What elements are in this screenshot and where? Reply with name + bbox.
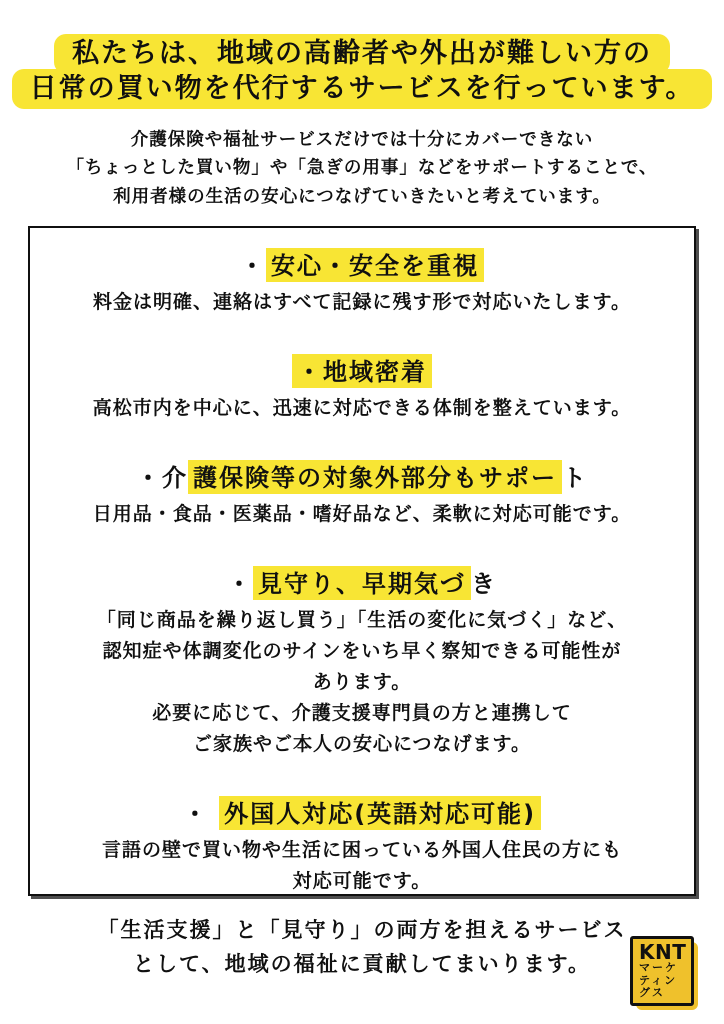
section-body-line: 「同じ商品を繰り返し買う」「生活の変化に気づく」など、 — [38, 605, 686, 636]
heading-highlight: 外国人対応(英語対応可能) — [219, 796, 541, 830]
closing-line: として、地域の福祉に貢献してまいります。 — [0, 947, 724, 981]
knt-marketings-logo: KNT マーケ ティン グス — [630, 936, 700, 1012]
title-line-2: 日常の買い物を代行するサービスを行っています。 — [12, 69, 713, 109]
heading-suffix: ト — [562, 464, 588, 492]
section-body-line: 日用品・食品・医薬品・嗜好品など、柔軟に対応可能です。 — [38, 499, 686, 530]
section-body-line: 言語の壁で買い物や生活に困っている外国人住民の方にも — [38, 835, 686, 866]
section-safety: ・安心・安全を重視 料金は明確、連絡はすべて記録に残す形で対応いたします。 — [38, 249, 686, 318]
heading-highlight: 護保険等の対象外部分もサポー — [188, 460, 562, 494]
section-body-line: あります。 — [38, 667, 686, 698]
title-banner: 私たちは、地域の高齢者や外出が難しい方の 日常の買い物を代行するサービスを行って… — [0, 0, 724, 109]
section-watch-over: ・見守り、早期気づき 「同じ商品を繰り返し買う」「生活の変化に気づく」など、 認… — [38, 567, 686, 760]
section-body-line: 高松市内を中心に、迅速に対応できる体制を整えています。 — [38, 393, 686, 424]
heading-prefix: ・ — [227, 570, 253, 598]
heading-highlight: 見守り、早期気づ — [253, 566, 471, 600]
logo-sub-text: グス — [639, 987, 691, 1000]
section-outside-insurance: ・介護保険等の対象外部分もサポート 日用品・食品・医薬品・嗜好品など、柔軟に対応… — [38, 461, 686, 530]
intro-paragraph: 介護保険や福祉サービスだけでは十分にカバーできない 「ちょっとした買い物」や「急… — [0, 126, 724, 211]
section-body-line: 対応可能です。 — [38, 866, 686, 897]
section-body-line: 料金は明確、連絡はすべて記録に残す形で対応いたします。 — [38, 287, 686, 318]
section-local: ・地域密着 高松市内を中心に、迅速に対応できる体制を整えています。 — [38, 355, 686, 424]
section-body-line: 認知症や体調変化のサインをいち早く察知できる可能性が — [38, 636, 686, 667]
section-heading: ・見守り、早期気づき — [38, 567, 686, 601]
heading-prefix: ・介 — [136, 464, 188, 492]
section-heading: ・地域密着 — [38, 355, 686, 389]
title-line-1: 私たちは、地域の高齢者や外出が難しい方の — [54, 34, 670, 74]
section-heading: ・介護保険等の対象外部分もサポート — [38, 461, 686, 495]
heading-highlight: ・地域密着 — [292, 354, 432, 388]
section-heading: ・ 外国人対応(英語対応可能) — [38, 797, 686, 831]
closing-statement: 「生活支援」と「見守り」の両方を担えるサービス として、地域の福祉に貢献してまい… — [0, 913, 724, 981]
flyer-page: 私たちは、地域の高齢者や外出が難しい方の 日常の買い物を代行するサービスを行って… — [0, 0, 724, 1024]
heading-highlight: 安心・安全を重視 — [266, 248, 484, 282]
logo-box: KNT マーケ ティン グス — [630, 936, 694, 1006]
heading-prefix: ・ — [240, 252, 266, 280]
closing-line: 「生活支援」と「見守り」の両方を担えるサービス — [0, 913, 724, 947]
section-heading: ・安心・安全を重視 — [38, 249, 686, 283]
section-body-line: ご家族やご本人の安心につなげます。 — [38, 729, 686, 760]
intro-line: 「ちょっとした買い物」や「急ぎの用事」などをサポートすることで、 — [0, 154, 724, 182]
section-body-line: 必要に応じて、介護支援専門員の方と連携して — [38, 698, 686, 729]
heading-suffix: き — [471, 570, 497, 598]
intro-line: 利用者様の生活の安心につなげていきたいと考えています。 — [0, 183, 724, 211]
intro-line: 介護保険や福祉サービスだけでは十分にカバーできない — [0, 126, 724, 154]
feature-box: ・安心・安全を重視 料金は明確、連絡はすべて記録に残す形で対応いたします。 ・地… — [28, 226, 696, 896]
logo-main-text: KNT — [639, 942, 691, 962]
heading-prefix: ・ — [183, 800, 219, 828]
section-foreigner-support: ・ 外国人対応(英語対応可能) 言語の壁で買い物や生活に困っている外国人住民の方… — [38, 797, 686, 897]
